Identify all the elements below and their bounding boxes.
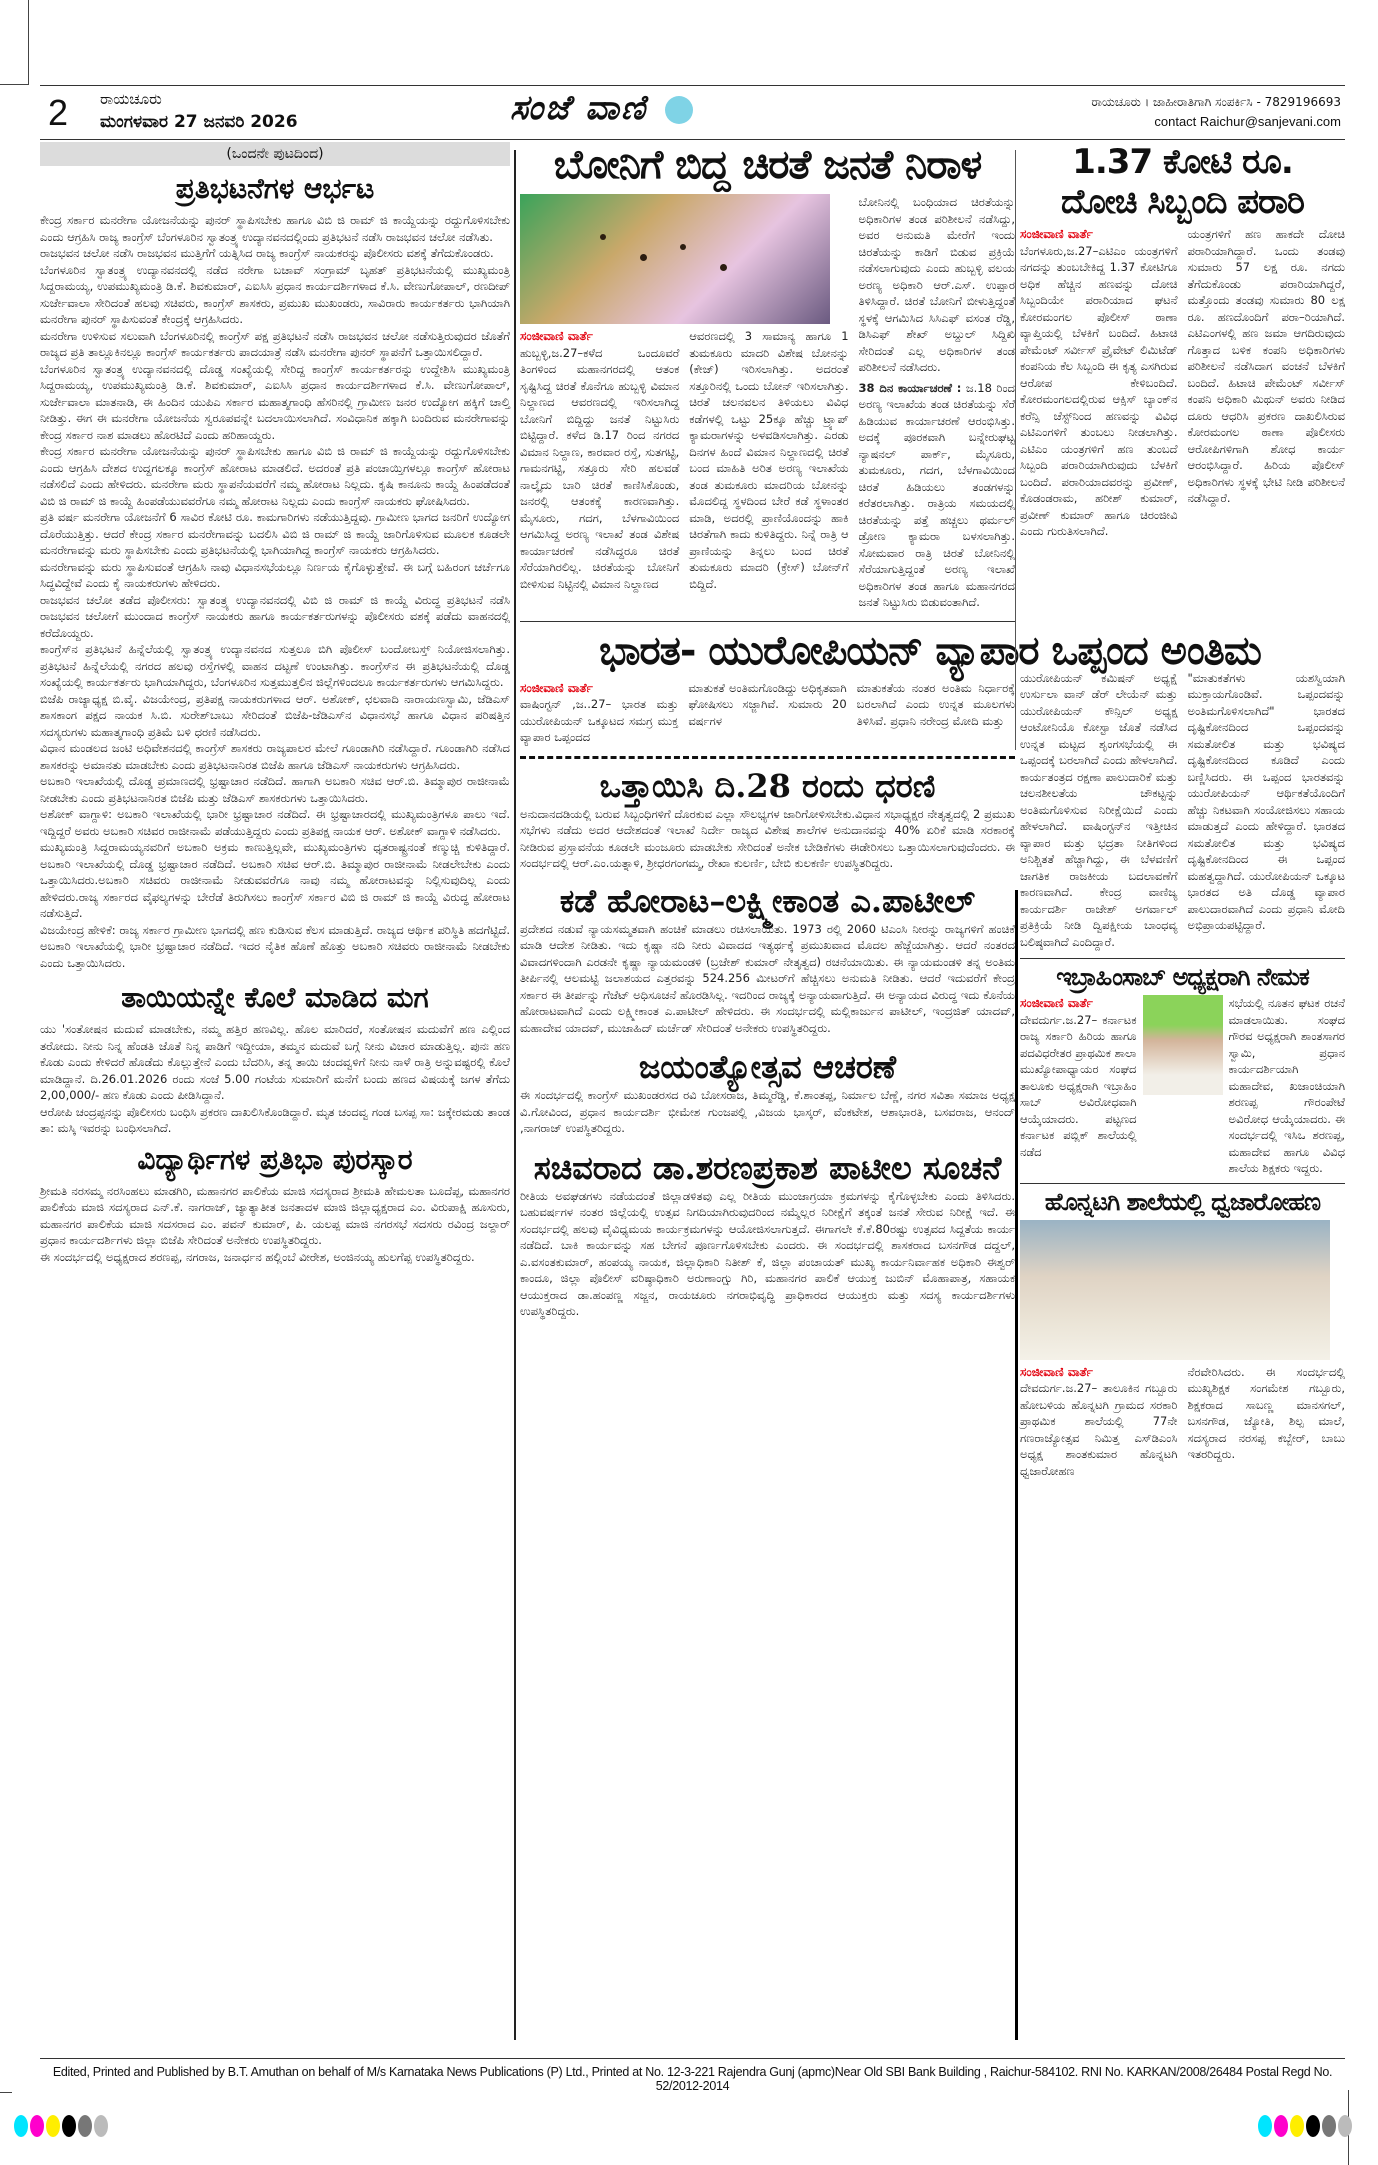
byline: ಸಂಜೀವಾಣಿ ವಾರ್ತೆ: [520, 680, 678, 697]
column-text: ಕಳೆದ ಒಂದೂವರೆ ತಿಂಗಳಿಂದ ಮಹಾನಗರದಲ್ಲಿ ಆತಂಕ ಸ…: [520, 346, 679, 591]
contact-info: ರಾಯಚೂರು । ಜಾಹೀರಾತಿಗಾಗಿ ಸಂಪರ್ಕಿಸಿ - 78291…: [1091, 92, 1341, 132]
article-ibrahim: ಸಂಜೀವಾಣಿ ವಾರ್ತೆ ದೇವದುರ್ಗ.ಜ.27– ಕರ್ನಾಟಕ ರ…: [1020, 995, 1345, 1177]
cyan-dot: [1258, 2115, 1272, 2137]
column-rule: [514, 150, 516, 2040]
masthead: 2 ರಾಯಚೂರು ಮಂಗಳವಾರ 27 ಜನವರಿ 2026 ಸಂಜೆ ವಾಣ…: [40, 85, 1345, 140]
byline: ಸಂಜೀವಾಣಿ ವಾರ್ತೆ: [1020, 1364, 1178, 1381]
gray-dot: [1322, 2115, 1336, 2137]
article-sharan: ರೀತಿಯ ಅವಘಡಗಳು ನಡೆಯದಂತೆ ಜಿಲ್ಲಾಡಳಿತವು ಎಲ್ಲ…: [520, 1188, 1015, 1320]
headline-leopard: ಬೋನಿಗೆ ಬಿದ್ದ ಚಿರತೆ ಜನತೆ ನಿರಾಳ: [520, 142, 1015, 188]
black-dot: [62, 2115, 76, 2137]
column-text: "ಮಾತುಕತೆಗಳು ಯಶಸ್ವಿಯಾಗಿ ಮುಕ್ತಾಯಗೊಂಡಿವೆ. ಒ…: [1188, 670, 1346, 951]
right-column: 1.37 ಕೋಟಿ ರೂ. ದೋಚಿ ಸಿಬ್ಬಂದಿ ಪರಾರಿ ಸಂಜೀವಾ…: [1020, 142, 1345, 1479]
column-text: ವಾಷಿಂಗ್ಟನ್ ,ಜ..27– ಭಾರತ ಮತ್ತು ಯುರೋಪಿಯನ್ …: [520, 697, 678, 744]
article-jayanti: ಈ ಸಂದರ್ಭದಲ್ಲಿ ಕಾಂಗ್ರೆಸ್ ಮುಖಂಡರಸದ ರವಿ ಬೋಸ…: [520, 1087, 1015, 1137]
crop-mark: [28, 0, 29, 85]
paragraph: ಬೆಂಗಳೂರಿನ ಸ್ವಾತಂತ್ರ್ಯ ಉದ್ಯಾನವನದಲ್ಲಿ ದೊಡ್…: [40, 361, 510, 444]
paragraph: ಶ್ರೀಮತಿ ನರಸಮ್ಮ ನರಸಿಂಹಲು ಮಾಡಗಿರಿ, ಮಹಾನಗರ …: [40, 1183, 510, 1249]
byline: ಸಂಜೀವಾಣಿ ವಾರ್ತೆ: [1020, 995, 1137, 1012]
yellow-dot: [46, 2115, 60, 2137]
page-number: 2: [48, 92, 68, 134]
paragraph: ರಾಜಭವನ ಚಲೋ ತಡೆದ ಪೊಲೀಸರು: ಸ್ವಾತಂತ್ರ್ಯ ಉದ್…: [40, 592, 510, 642]
article-atm: ಸಂಜೀವಾಣಿ ವಾರ್ತೆ ಬೆಂಗಳೂರು,ಜ.27–ಎಟಿಎಂ ಯಂತ್…: [1020, 226, 1345, 540]
column-rule: [1015, 150, 1016, 750]
column-text: ಯಂತ್ರಗಳಿಗೆ ಹಣ ಹಾಕದೇ ದೋಚಿ ಪರಾರಿಯಾಗಿದ್ದಾರೆ…: [1188, 226, 1346, 540]
left-column: (ಒಂದನೇ ಪುಟದಿಂದ) ಪ್ರತಿಭಟನೆಗಳ ಆರ್ಭಟ ಕೇಂದ್ರ…: [40, 142, 510, 2022]
column-text: ನೆರವೇರಿಸಿದರು. ಈ ಸಂದರ್ಭದಲ್ಲಿ ಮುಖ್ಯಶಿಕ್ಷಕ …: [1188, 1364, 1346, 1480]
contact-line: ರಾಯಚೂರು । ಜಾಹೀರಾತಿಗಾಗಿ ಸಂಪರ್ಕಿಸಿ - 78291…: [1091, 92, 1341, 112]
headline-dharani: ಒತ್ತಾಯಿಸಿ ದಿ.28 ರಂದು ಧರಣಿ: [520, 767, 1015, 806]
headline-awards: ವಿದ್ಯಾರ್ಥಿಗಳ ಪ್ರತಿಭಾ ಪುರಸ್ಕಾರ: [40, 1143, 510, 1177]
article-india-eu: ಸಂಜೀವಾಣಿ ವಾರ್ತೆ ವಾಷಿಂಗ್ಟನ್ ,ಜ..27– ಭಾರತ …: [520, 680, 1015, 746]
paragraph: ವಿಜಯೇಂದ್ರ ಹೇಳಿಕೆ: ರಾಜ್ಯ ಸರ್ಕಾರ ಗ್ರಾಮೀಣ ಭ…: [40, 922, 510, 972]
column-text: ಬೋನಿನಲ್ಲಿ ಬಂಧಿಯಾದ ಚಿರತೆಯನ್ನು ಅಧಿಕಾರಿಗಳ ತ…: [859, 194, 1015, 376]
gray-dot: [78, 2115, 92, 2137]
paragraph: ಬಿಜೆಪಿ ರಾಜ್ಯಾಧ್ಯಕ್ಷ ಬಿ.ವೈ. ವಿಜಯೇಂದ್ರ, ಪ್…: [40, 691, 510, 741]
crop-mark: [0, 84, 28, 85]
paragraph: ಆರೋಪಿ ಚಂದ್ರಪ್ಪನನ್ನು ಪೊಲೀಸರು ಬಂಧಿಸಿ ಪ್ರಕರ…: [40, 1104, 510, 1137]
headline-horata: ಕಡೆ ಹೋರಾಟ–ಲಕ್ಷ್ಮೀಕಾಂತ ಎ.ಪಾಟೀಲ್: [520, 882, 1015, 921]
article-india-eu-continued: ಯುರೋಪಿಯನ್ ಕಮಿಷನ್ ಅಧ್ಯಕ್ಷೆ ಉರ್ಸುಲಾ ವಾನ್ ಡ…: [1020, 670, 1345, 951]
article-dharani: ಅನುದಾನದಡಿಯಲ್ಲಿ ಬರುವ ಸಿಬ್ಬಂಧಿಗಳಿಗೆ ದೊರಕುವ…: [520, 806, 1015, 872]
paragraph: ರಾಜಭವನ ಚಲೋ ನಡೆಸಿ ರಾಜಭವನ ಮುತ್ತಿಗೆಗೆ ಯತ್ನಿ…: [40, 245, 510, 262]
paragraph: ವಿಧಾನ ಮಂಡಲದ ಜಂಟಿ ಅಧಿವೇಶನದಲ್ಲಿ ಕಾಂಗ್ರೆಸ್ …: [40, 740, 510, 773]
portrait-photo: [1143, 995, 1223, 1095]
column-text: ದೇವದುರ್ಗ.ಜ.27– ತಾಲೂಕಿನ ಗಬ್ಬೂರು ಹೋಬಳಿಯ ಹೊ…: [1020, 1381, 1178, 1478]
contact-email[interactable]: contact Raichur@sanjevani.com: [1091, 112, 1341, 132]
magenta-dot: [30, 2115, 44, 2137]
paragraph: ಕೇಂದ್ರ ಸರ್ಕಾರ ಮನರೇಗಾ ಯೋಜನೆಯನ್ನು ಪುನರ್ ಸ್…: [40, 443, 510, 509]
headline-jayanti: ಜಯಂತ್ಯೋತ್ಸವ ಆಚರಣೆ: [520, 1048, 1015, 1087]
imprint-text: Edited, Printed and Published by B.T. Am…: [53, 2065, 1332, 2093]
column-text: ಬೆಂಗಳೂರು,ಜ.27–ಎಟಿಎಂ ಯಂತ್ರಗಳಿಗೆ ನಗದನ್ನು ತ…: [1020, 244, 1178, 539]
leopard-photo: [520, 194, 830, 324]
paragraph: ಕಾಂಗ್ರೆಸ್‌ನ ಪ್ರತಿಭಟನೆ ಹಿನ್ನೆಲೆಯಲ್ಲಿ ಸ್ವಾ…: [40, 641, 510, 691]
headline-ibrahim: ಇಬ್ರಾಹಿಂಸಾಬ್ ಅಧ್ಯಕ್ಷರಾಗಿ ನೇಮಕ: [1020, 963, 1345, 991]
byline: ಸಂಜೀವಾಣಿ ವಾರ್ತೆ: [520, 328, 679, 345]
headline-murder: ತಾಯಿಯನ್ನೇ ಕೊಲೆ ಮಾಡಿದ ಮಗ: [40, 981, 510, 1015]
dateline: ಹುಬ್ಬಳ್ಳಿ,ಜ.27–: [520, 346, 583, 360]
paragraph: ಮನರೇಗಾ ಉಳಿಸುವ ಸಲುವಾಗಿ ಬೆಂಗಳೂರಿನಲ್ಲಿ ಕಾಂಗ…: [40, 328, 510, 361]
newspaper-logo: ಸಂಜೆ ವಾಣಿ: [510, 88, 697, 128]
paragraph: ಕೇಂದ್ರ ಸರ್ಕಾರ ಮನರೇಗಾ ಯೋಜನೆಯನ್ನು ಪುನರ್ ಸ್…: [40, 212, 510, 245]
paragraph: ಯು 'ಸಂತೋಷನ ಮದುವೆ ಮಾಡಬೇಕು, ನಮ್ಮ ಹತ್ತಿರ ಹಣ…: [40, 1021, 510, 1104]
section-divider: [520, 621, 1015, 622]
headline-atm-line1: 1.37 ಕೋಟಿ ರೂ.: [1020, 142, 1345, 182]
article-honnatagi: ಸಂಜೀವಾಣಿ ವಾರ್ತೆ ದೇವದುರ್ಗ.ಜ.27– ತಾಲೂಕಿನ ಗ…: [1020, 1364, 1345, 1480]
column-text: ದೇವದುರ್ಗ.ಜ.27– ಕರ್ನಾಟಕ ರಾಜ್ಯ ಸರ್ಕಾರಿ ಹಿರ…: [1020, 1013, 1137, 1159]
article-horata: ಪ್ರದೇಶದ ನಡುವೆ ನ್ಯಾಯಸಮ್ಮತವಾಗಿ ಹಂಚಿಕೆ ಮಾಡಲ…: [520, 921, 1015, 1037]
column-rule: [1015, 890, 1018, 2040]
headline-atm-line2: ದೋಚಿ ಸಿಬ್ಬಂದಿ ಪರಾರಿ: [1020, 182, 1345, 222]
dove-icon: [665, 96, 693, 124]
issue-date: ಮಂಗಳವಾರ 27 ಜನವರಿ 2026: [100, 112, 298, 132]
magenta-dot: [1274, 2115, 1288, 2137]
continued-label: (ಒಂದನೇ ಪುಟದಿಂದ): [40, 142, 510, 166]
logo-text: ಸಂಜೆ ವಾಣಿ: [510, 88, 647, 128]
crop-mark: [0, 2092, 12, 2093]
imprint-footer: Edited, Printed and Published by B.T. Am…: [40, 2058, 1345, 2093]
paragraph: ಈ ಸಂದರ್ಭದಲ್ಲಿ ಅಧ್ಯಕ್ಷರಾದ ಶರಣಪ್ಪ, ನಗರಾಜ, …: [40, 1249, 510, 1266]
middle-column: ಬೋನಿಗೆ ಬಿದ್ದ ಚಿರತೆ ಜನತೆ ನಿರಾಳ ಸಂಜೀವಾಣಿ ವ…: [520, 142, 1015, 1320]
article-awards: ಶ್ರೀಮತಿ ನರಸಮ್ಮ ನರಸಿಂಹಲು ಮಾಡಗಿರಿ, ಮಹಾನಗರ …: [40, 1183, 510, 1266]
paragraph: ಅಬಕಾರಿ ಇಲಾಖೆಯಲ್ಲಿ ದೊಡ್ಡ ಪ್ರಮಾಣದಲ್ಲಿ ಭ್ರಷ…: [40, 773, 510, 806]
headline-honnatagi: ಹೊನ್ನಟಗಿ ಶಾಲೆಯಲ್ಲಿ ಧ್ವಜಾರೋಹಣ: [1020, 1188, 1345, 1216]
byline: ಸಂಜೀವಾಣಿ ವಾರ್ತೆ: [1020, 226, 1178, 243]
headline-sharan: ಸಚಿವರಾದ ಡಾ.ಶರಣಪ್ರಕಾಶ ಪಾಟೀಲ ಸೂಚನೆ: [520, 1149, 1015, 1188]
subhead: 38 ದಿನ ಕಾರ್ಯಾಚರಣೆ :: [859, 381, 962, 395]
paragraph: ಮನರೇಗಾವನ್ನು ಮರು ಸ್ಥಾಪಿಸುವಂತೆ ಆಗ್ರಹಿಸಿ ನಾ…: [40, 559, 510, 592]
column-text: ಯುರೋಪಿಯನ್ ಕಮಿಷನ್ ಅಧ್ಯಕ್ಷೆ ಉರ್ಸುಲಾ ವಾನ್ ಡ…: [1020, 670, 1178, 951]
article-protests: ಕೇಂದ್ರ ಸರ್ಕಾರ ಮನರೇಗಾ ಯೋಜನೆಯನ್ನು ಪುನರ್ ಸ್…: [40, 212, 510, 971]
registration-marks-right: [1258, 2115, 1352, 2137]
paragraph: ಅಶೋಕ್ ವಾಗ್ದಾಳಿ: ಅಬಕಾರಿ ಇಲಾಖೆಯಲ್ಲಿ ಭಾರೀ ಭ…: [40, 806, 510, 839]
section-divider: [1020, 1183, 1345, 1184]
yellow-dot: [1290, 2115, 1304, 2137]
column-text: ಮಾತುಕತೆಯ ನಂತರ ಅಂತಿಮ ನಿರ್ಧಾರಕ್ಕೆ ಬರಲಾಗಿದೆ…: [857, 680, 1015, 746]
dashed-divider: [520, 756, 1015, 759]
paragraph: ಮುಖ್ಯಮಂತ್ರಿ ಸಿದ್ದರಾಮಯ್ಯನವರಿಗೆ ಅಬಕಾರಿ ಅಕ್…: [40, 839, 510, 922]
column-text: ಆವರಣದಲ್ಲಿ 3 ಸಾಮಾನ್ಯ ಹಾಗೂ 1 ತುಮಕೂರು ಮಾದರಿ…: [689, 328, 848, 592]
paragraph: ಪ್ರತಿ ವರ್ಷ ಮನರೇಗಾ ಯೋಜನೆಗೆ 6 ಸಾವಿರ ಕೋಟಿ ರ…: [40, 509, 510, 559]
lightgray-dot: [1338, 2115, 1352, 2137]
column-text: ಮಾತುಕತೆ ಅಂತಿಮಗೊಂಡಿದ್ದು ಅಧಿಕೃತವಾಗಿ ಘೋಷಿಸಲ…: [688, 680, 846, 746]
article-murder: ಯು 'ಸಂತೋಷನ ಮದುವೆ ಮಾಡಬೇಕು, ನಮ್ಮ ಹತ್ತಿರ ಹಣ…: [40, 1021, 510, 1137]
lightgray-dot: [94, 2115, 108, 2137]
paragraph: ಬೆಂಗಳೂರಿನ ಸ್ವಾತಂತ್ರ್ಯ ಉದ್ಯಾನವನದಲ್ಲಿ ನಡೆದ…: [40, 262, 510, 328]
column-text: ಜ.18 ರಿಂದ ಅರಣ್ಯ ಇಲಾಖೆಯ ತಂಡ ಚಿರತೆಯನ್ನು ಸೆ…: [859, 381, 1015, 610]
article-leopard: ಸಂಜೀವಾಣಿ ವಾರ್ತೆ ಹುಬ್ಬಳ್ಳಿ,ಜ.27–ಕಳೆದ ಒಂದೂ…: [520, 194, 1015, 611]
section-divider: [1020, 958, 1345, 959]
black-dot: [1306, 2115, 1320, 2137]
registration-marks-left: [14, 2115, 108, 2137]
cyan-dot: [14, 2115, 28, 2137]
headline-protests: ಪ್ರತಿಭಟನೆಗಳ ಆರ್ಭಟ: [40, 172, 510, 206]
column-text: ಸಭೆಯಲ್ಲಿ ನೂತನ ಘಟಕ ರಚನೆ ಮಾಡಲಾಯಿತು. ಸಂಘದ ಗ…: [1229, 995, 1346, 1177]
edition-place: ರಾಯಚೂರು: [100, 90, 162, 108]
flag-hoisting-photo: [1020, 1220, 1330, 1360]
